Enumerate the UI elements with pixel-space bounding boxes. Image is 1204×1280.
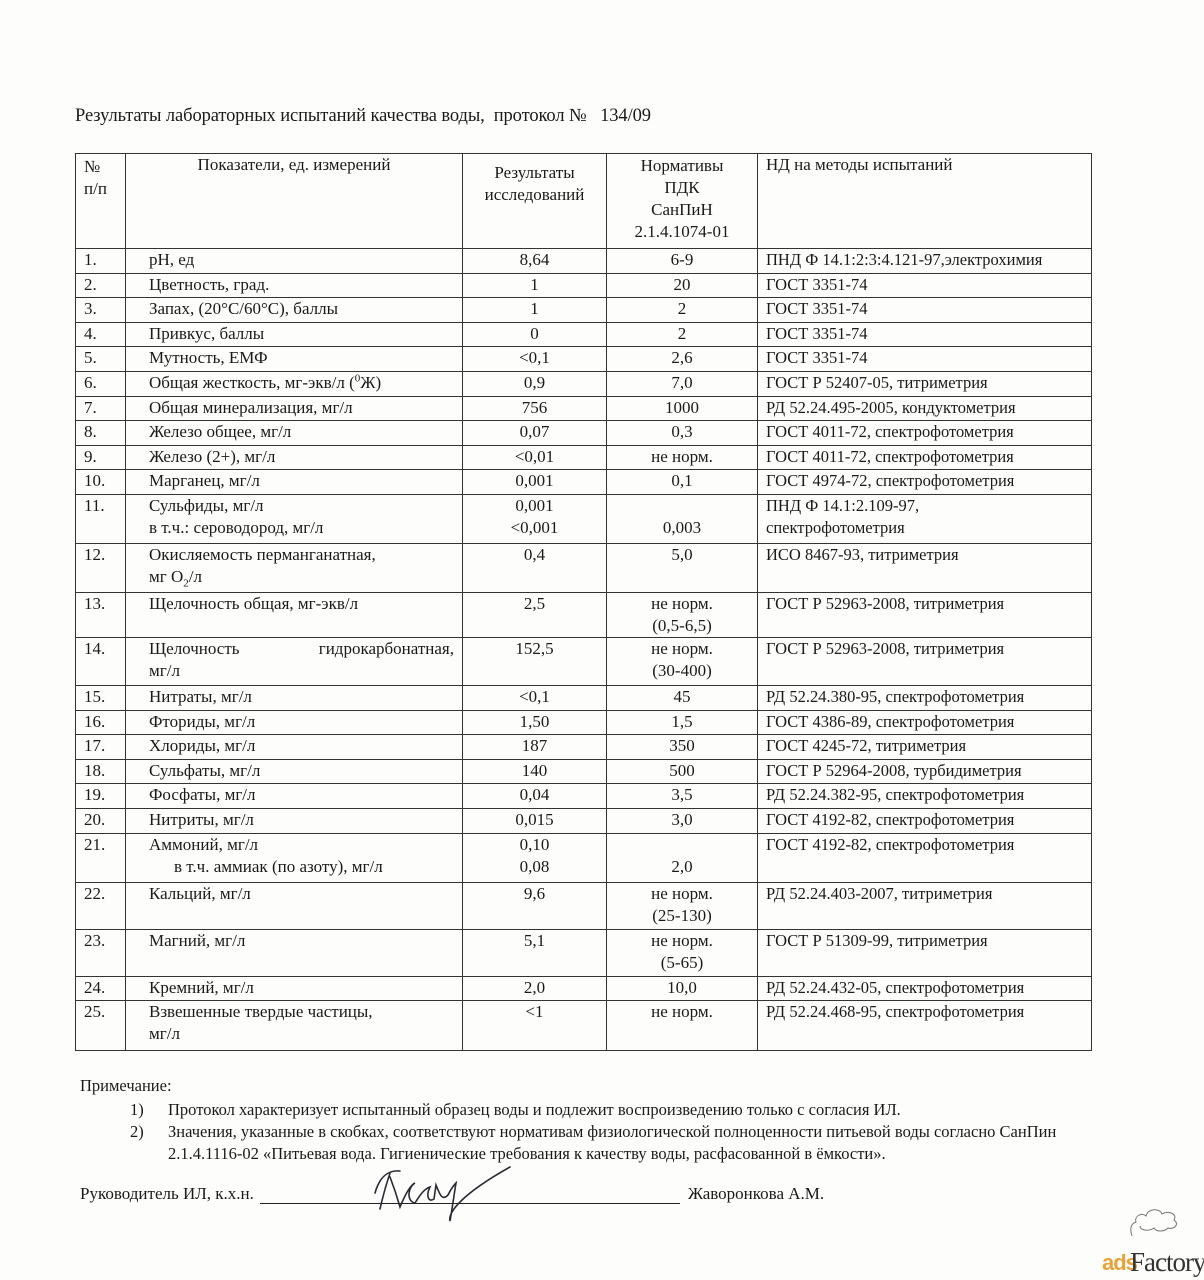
row-number: 4.	[76, 322, 126, 347]
norm-line1: 0,3	[607, 421, 757, 443]
notes-title: Примечание:	[80, 1075, 1128, 1097]
method-line1: ГОСТ 4974-72, спектрофотометрия	[766, 470, 1091, 492]
test-method: ГОСТ 4192-82, спектрофотометрия	[758, 808, 1092, 833]
note-text: Протокол характеризует испытанный образе…	[168, 1099, 1128, 1121]
indicator-name-line1: Аммоний, мг/л	[149, 834, 454, 856]
norm-value: 0,3	[607, 421, 758, 446]
table-row: 19.Фосфаты, мг/л0,043,5РД 52.24.382-95, …	[76, 784, 1092, 809]
test-method: РД 52.24.495-2005, кондуктометрия	[758, 396, 1092, 421]
norm-line1: не норм.	[607, 593, 757, 615]
norm-line2: (25-130)	[607, 905, 757, 927]
norm-line1: 0,1	[607, 470, 757, 492]
result-value: 756	[463, 396, 607, 421]
method-line1: РД 52.24.495-2005, кондуктометрия	[766, 397, 1091, 419]
table-row: 16.Фториды, мг/л1,501,5ГОСТ 4386-89, спе…	[76, 710, 1092, 735]
indicator-name-line1: Железо (2+), мг/л	[149, 446, 454, 468]
table-row: 17.Хлориды, мг/л187350ГОСТ 4245-72, титр…	[76, 735, 1092, 760]
table-row: 13.Щелочность общая, мг-экв/л2,5не норм.…	[76, 592, 1092, 637]
header-norm-line1: Нормативы	[607, 155, 757, 177]
indicator-name: Запах, (20°С/60°С), баллы	[126, 298, 463, 323]
norm-value: 2	[607, 298, 758, 323]
method-line1: ГОСТ 4245-72, титриметрия	[766, 735, 1091, 757]
norm-value: не норм.(25-130)	[607, 882, 758, 929]
method-line1: ГОСТ 3351-74	[766, 347, 1091, 369]
header-norm-line2: ПДК	[607, 177, 757, 199]
norm-value: 10,0	[607, 976, 758, 1001]
test-method: ПНД Ф 14.1:2.109-97,спектрофотометрия	[758, 494, 1092, 543]
note-item: 2) Значения, указанные в скобках, соотве…	[80, 1121, 1128, 1165]
note-item: 1) Протокол характеризует испытанный обр…	[80, 1099, 1128, 1121]
watermark-logo: ads Factory	[1102, 1202, 1202, 1276]
indicator-name-line1: Фосфаты, мг/л	[149, 784, 454, 806]
result-value: 0,4	[463, 543, 607, 592]
indicator-name-text: Мутность, ЕМФ	[149, 348, 268, 367]
header-norm: Нормативы ПДК СанПиН 2.1.4.1074-01	[607, 154, 758, 249]
result-line1: 8,64	[463, 249, 606, 271]
table-row: 8.Железо общее, мг/л0,070,3ГОСТ 4011-72,…	[76, 421, 1092, 446]
result-line1: 0,4	[463, 544, 606, 566]
result-line1: 0,9	[463, 372, 606, 394]
norm-value: 20	[607, 273, 758, 298]
method-line1: РД 52.24.468-95, спектрофотометрия	[766, 1001, 1091, 1023]
indicator-name-line2: в т.ч. аммиак (по азоту), мг/л	[149, 856, 454, 878]
indicator-name: Нитриты, мг/л	[126, 808, 463, 833]
test-method: ПНД Ф 14.1:2:3:4.121-97,электрохимия	[758, 249, 1092, 274]
signature-line	[260, 1183, 680, 1204]
method-line1: РД 52.24.380-95, спектрофотометрия	[766, 686, 1091, 708]
table-header-row: № п/п Показатели, ед. измерений Результа…	[76, 154, 1092, 249]
row-number: 21.	[76, 833, 126, 882]
indicator-name: Привкус, баллы	[126, 322, 463, 347]
table-row: 12.Окисляемость перманганатная,мг О2/л0,…	[76, 543, 1092, 592]
indicator-name-line1: Кремний, мг/л	[149, 977, 454, 999]
indicator-name: Сульфаты, мг/л	[126, 759, 463, 784]
table-row: 24.Кремний, мг/л2,010,0РД 52.24.432-05, …	[76, 976, 1092, 1001]
norm-value: 7,0	[607, 371, 758, 396]
norm-value: 2,0	[607, 833, 758, 882]
row-number: 19.	[76, 784, 126, 809]
result-value: 1,50	[463, 710, 607, 735]
table-row: 7.Общая минерализация, мг/л7561000РД 52.…	[76, 396, 1092, 421]
row-number: 6.	[76, 371, 126, 396]
indicator-name-text: Кремний, мг/л	[149, 978, 254, 997]
result-line1: 5,1	[463, 930, 606, 952]
norm-line1: не норм.	[607, 930, 757, 952]
norm-value: 5,0	[607, 543, 758, 592]
norm-line1: 2	[607, 323, 757, 345]
result-line1: 9,6	[463, 883, 606, 905]
result-value: 187	[463, 735, 607, 760]
test-method: ГОСТ Р 52963-2008, титриметрия	[758, 592, 1092, 637]
indicator-name: Щелочность общая, мг-экв/л	[126, 592, 463, 637]
indicator-name-text: Фториды, мг/л	[149, 712, 255, 731]
indicator-name-line1: Окисляемость перманганатная,	[149, 544, 454, 566]
indicator-name: Окисляемость перманганатная,мг О2/л	[126, 543, 463, 592]
indicator-name: Фосфаты, мг/л	[126, 784, 463, 809]
norm-value: не норм.(30-400)	[607, 637, 758, 685]
norm-line1: 1000	[607, 397, 757, 419]
norm-value: не норм.(5-65)	[607, 929, 758, 976]
norm-line1: 350	[607, 735, 757, 757]
test-method: ГОСТ Р 52964-2008, турбидиметрия	[758, 759, 1092, 784]
indicator-name-text: мг О	[149, 567, 183, 586]
table-row: 6.Общая жесткость, мг-экв/л (0Ж)0,97,0ГО…	[76, 371, 1092, 396]
result-line1: 756	[463, 397, 606, 419]
header-method: НД на методы испытаний	[758, 154, 1092, 249]
result-value: 0,04	[463, 784, 607, 809]
table-row: 15.Нитраты, мг/л<0,145РД 52.24.380-95, с…	[76, 685, 1092, 710]
signature-block: Руководитель ИЛ, к.х.н. Жаворонкова А.М.	[80, 1183, 824, 1204]
indicator-name: Общая жесткость, мг-экв/л (0Ж)	[126, 371, 463, 396]
norm-line1	[607, 495, 757, 517]
test-method: ГОСТ 3351-74	[758, 322, 1092, 347]
results-table: № п/п Показатели, ед. измерений Результа…	[75, 153, 1092, 1051]
norm-line1: не норм.	[607, 883, 757, 905]
indicator-name-tail: /л	[189, 567, 202, 586]
indicator-name-line1: Нитриты, мг/л	[149, 809, 454, 831]
method-line1: РД 52.24.382-95, спектрофотометрия	[766, 784, 1091, 806]
result-value: 2,5	[463, 592, 607, 637]
result-line1: 152,5	[463, 638, 606, 660]
indicator-name-text: в т.ч. аммиак (по азоту), мг/л	[174, 857, 383, 876]
method-line2: спектрофотометрия	[766, 517, 1091, 539]
indicator-name: pH, ед	[126, 249, 463, 274]
indicator-name-text: Взвешенные твердые частицы,	[149, 1002, 373, 1021]
indicator-name-text: Марганец, мг/л	[149, 471, 260, 490]
note-text: Значения, указанные в скобках, соответст…	[168, 1121, 1128, 1165]
indicator-name: Фториды, мг/л	[126, 710, 463, 735]
result-line2: 0,08	[463, 856, 606, 878]
indicator-name-line1: Мутность, ЕМФ	[149, 347, 454, 369]
result-line1: <0,1	[463, 686, 606, 708]
row-number: 15.	[76, 685, 126, 710]
header-result-line2: исследований	[463, 184, 606, 206]
indicator-name: Кремний, мг/л	[126, 976, 463, 1001]
note-number: 2)	[130, 1121, 168, 1165]
result-value: 140	[463, 759, 607, 784]
norm-line1: 6-9	[607, 249, 757, 271]
indicator-name: Мутность, ЕМФ	[126, 347, 463, 372]
header-number-line2: п/п	[84, 178, 125, 200]
norm-value: 3,0	[607, 808, 758, 833]
norm-value: 350	[607, 735, 758, 760]
norm-value: 0,003	[607, 494, 758, 543]
norm-value: 0,1	[607, 470, 758, 495]
norm-line1: 2	[607, 298, 757, 320]
norm-line1: 500	[607, 760, 757, 782]
header-number: № п/п	[76, 154, 126, 249]
method-line1: ПНД Ф 14.1:2:3:4.121-97,электрохимия	[766, 249, 1091, 271]
norm-line1: 3,5	[607, 784, 757, 806]
indicator-name-text: Нитриты, мг/л	[149, 810, 254, 829]
table-row: 14.Щелочностьгидрокарбонатная,мг/л152,5н…	[76, 637, 1092, 685]
row-number: 10.	[76, 470, 126, 495]
test-method: ГОСТ 4011-72, спектрофотометрия	[758, 421, 1092, 446]
norm-line1: не норм.	[607, 638, 757, 660]
row-number: 18.	[76, 759, 126, 784]
row-number: 1.	[76, 249, 126, 274]
row-number: 20.	[76, 808, 126, 833]
handwritten-signature-icon	[360, 1165, 550, 1225]
result-line1: 1	[463, 274, 606, 296]
norm-value: 2,6	[607, 347, 758, 372]
header-indicator: Показатели, ед. измерений	[126, 154, 463, 249]
method-line1: РД 52.24.432-05, спектрофотометрия	[766, 977, 1091, 999]
result-value: 0,001<0,001	[463, 494, 607, 543]
norm-line2: 2,0	[607, 856, 757, 878]
norm-value: 1,5	[607, 710, 758, 735]
table-row: 22.Кальций, мг/л9,6не норм.(25-130)РД 52…	[76, 882, 1092, 929]
test-method: РД 52.24.382-95, спектрофотометрия	[758, 784, 1092, 809]
test-method: ГОСТ Р 51309-99, титриметрия	[758, 929, 1092, 976]
indicator-name-text: мг/л	[149, 1024, 180, 1043]
result-value: <0,01	[463, 445, 607, 470]
row-number: 14.	[76, 637, 126, 685]
result-line1: 2,0	[463, 977, 606, 999]
indicator-name-text: Привкус, баллы	[149, 324, 264, 343]
indicator-name-line1: Кальций, мг/л	[149, 883, 454, 905]
table-row: 11.Сульфиды, мг/лв т.ч.: сероводород, мг…	[76, 494, 1092, 543]
norm-line2: (0,5-6,5)	[607, 615, 757, 637]
result-line1: 0,015	[463, 809, 606, 831]
test-method: ГОСТ 4974-72, спектрофотометрия	[758, 470, 1092, 495]
header-number-line1: №	[84, 156, 125, 178]
smoke-cloud-icon	[1124, 1202, 1184, 1238]
watermark-factory: Factory	[1130, 1247, 1204, 1278]
table-body: 1.pH, ед8,646-9ПНД Ф 14.1:2:3:4.121-97,э…	[76, 249, 1092, 1051]
result-line2: <0,001	[463, 517, 606, 539]
result-value: 1	[463, 298, 607, 323]
method-line1: ГОСТ 4192-82, спектрофотометрия	[766, 809, 1091, 831]
norm-value: 45	[607, 685, 758, 710]
result-line1: 0,10	[463, 834, 606, 856]
result-line1: <1	[463, 1001, 606, 1023]
header-norm-line3: СанПиН	[607, 199, 757, 221]
norm-line1: не норм.	[607, 446, 757, 468]
row-number: 2.	[76, 273, 126, 298]
note-number: 1)	[130, 1099, 168, 1121]
indicator-name-word: гидрокарбонатная,	[319, 638, 454, 660]
test-method: РД 52.24.468-95, спектрофотометрия	[758, 1001, 1092, 1051]
row-number: 16.	[76, 710, 126, 735]
norm-value: 3,5	[607, 784, 758, 809]
header-result-line1: Результаты	[463, 162, 606, 184]
indicator-name-text: Кальций, мг/л	[149, 884, 251, 903]
indicator-name: Сульфиды, мг/лв т.ч.: сероводород, мг/л	[126, 494, 463, 543]
result-value: 8,64	[463, 249, 607, 274]
norm-line1: 7,0	[607, 372, 757, 394]
norm-line1: 10,0	[607, 977, 757, 999]
method-line1: ГОСТ 3351-74	[766, 274, 1091, 296]
norm-line1	[607, 834, 757, 856]
indicator-name-line1: Привкус, баллы	[149, 323, 454, 345]
method-line1: ГОСТ 3351-74	[766, 323, 1091, 345]
indicator-name-text: Аммоний, мг/л	[149, 835, 258, 854]
indicator-name-text: Сульфаты, мг/л	[149, 761, 260, 780]
indicator-name-text: Нитраты, мг/л	[149, 687, 252, 706]
norm-line1: не норм.	[607, 1001, 757, 1023]
indicator-name-text: Окисляемость перманганатная,	[149, 545, 376, 564]
result-line1: <0,1	[463, 347, 606, 369]
indicator-name-text: мг/л	[149, 661, 180, 680]
result-line1: 140	[463, 760, 606, 782]
row-number: 9.	[76, 445, 126, 470]
norm-value: 1000	[607, 396, 758, 421]
test-method: ГОСТ 4245-72, титриметрия	[758, 735, 1092, 760]
indicator-name-tail: Ж)	[360, 373, 381, 392]
method-line1: ГОСТ 4011-72, спектрофотометрия	[766, 446, 1091, 468]
indicator-name: Нитраты, мг/л	[126, 685, 463, 710]
document-title: Результаты лабораторных испытаний качест…	[75, 106, 651, 127]
indicator-name-text: Магний, мг/л	[149, 931, 245, 950]
result-value: 0,015	[463, 808, 607, 833]
table-row: 23.Магний, мг/л5,1не норм.(5-65)ГОСТ Р 5…	[76, 929, 1092, 976]
header-norm-line4: 2.1.4.1074-01	[607, 221, 757, 243]
indicator-name-line1: pH, ед	[149, 249, 454, 271]
norm-line1: 3,0	[607, 809, 757, 831]
indicator-name-line1: Фториды, мг/л	[149, 711, 454, 733]
row-number: 5.	[76, 347, 126, 372]
result-value: 0,9	[463, 371, 607, 396]
norm-value: не норм.	[607, 445, 758, 470]
test-method: ГОСТ 4386-89, спектрофотометрия	[758, 710, 1092, 735]
indicator-name-text: Общая жесткость, мг-экв/л (	[149, 373, 355, 392]
test-method: ГОСТ 3351-74	[758, 298, 1092, 323]
method-line1: РД 52.24.403-2007, титриметрия	[766, 883, 1091, 905]
method-line1: ИСО 8467-93, титриметрия	[766, 544, 1091, 566]
table-row: 3.Запах, (20°С/60°С), баллы12ГОСТ 3351-7…	[76, 298, 1092, 323]
norm-line1: 20	[607, 274, 757, 296]
indicator-name-line1: Хлориды, мг/л	[149, 735, 454, 757]
method-line1: ГОСТ Р 52964-2008, турбидиметрия	[766, 760, 1091, 782]
indicator-name-line2: мг О2/л	[149, 566, 454, 588]
signer-role: Руководитель ИЛ, к.х.н.	[80, 1184, 254, 1204]
result-line1: 0,001	[463, 470, 606, 492]
result-value: <1	[463, 1001, 607, 1051]
row-number: 8.	[76, 421, 126, 446]
indicator-name-line1: Железо общее, мг/л	[149, 421, 454, 443]
indicator-name-line1: Взвешенные твердые частицы,	[149, 1001, 454, 1023]
norm-value: 500	[607, 759, 758, 784]
norm-value: не норм.(0,5-6,5)	[607, 592, 758, 637]
test-method: ГОСТ 3351-74	[758, 273, 1092, 298]
table-row: 18.Сульфаты, мг/л140500ГОСТ Р 52964-2008…	[76, 759, 1092, 784]
indicator-name: Щелочностьгидрокарбонатная,мг/л	[126, 637, 463, 685]
result-line1: 1,50	[463, 711, 606, 733]
indicator-name-line1: Магний, мг/л	[149, 930, 454, 952]
header-result: Результаты исследований	[463, 154, 607, 249]
test-method: РД 52.24.380-95, спектрофотометрия	[758, 685, 1092, 710]
indicator-name-text: Запах, (20°С/60°С), баллы	[149, 299, 338, 318]
indicator-name-line2: мг/л	[149, 1023, 454, 1045]
result-value: 152,5	[463, 637, 607, 685]
indicator-name: Хлориды, мг/л	[126, 735, 463, 760]
norm-line1: 45	[607, 686, 757, 708]
test-method: ГОСТ 3351-74	[758, 347, 1092, 372]
table-row: 25.Взвешенные твердые частицы,мг/л<1не н…	[76, 1001, 1092, 1051]
row-number: 17.	[76, 735, 126, 760]
test-method: ГОСТ Р 52963-2008, титриметрия	[758, 637, 1092, 685]
test-method: ГОСТ 4192-82, спектрофотометрия	[758, 833, 1092, 882]
row-number: 25.	[76, 1001, 126, 1051]
indicator-name: Марганец, мг/л	[126, 470, 463, 495]
indicator-name-text: Общая минерализация, мг/л	[149, 398, 353, 417]
result-line1: 187	[463, 735, 606, 757]
signer-name: Жаворонкова А.М.	[688, 1184, 824, 1204]
norm-line1: 5,0	[607, 544, 757, 566]
norm-line1: 2,6	[607, 347, 757, 369]
method-line1: ГОСТ Р 52407-05, титриметрия	[766, 372, 1091, 394]
result-line1: 2,5	[463, 593, 606, 615]
row-number: 12.	[76, 543, 126, 592]
indicator-name-line1: Щелочность общая, мг-экв/л	[149, 593, 454, 615]
result-line1: 0	[463, 323, 606, 345]
result-line1: 1	[463, 298, 606, 320]
test-method: ГОСТ 4011-72, спектрофотометрия	[758, 445, 1092, 470]
method-line1: ГОСТ Р 51309-99, титриметрия	[766, 930, 1091, 952]
result-line1: 0,04	[463, 784, 606, 806]
table-row: 5.Мутность, ЕМФ<0,12,6ГОСТ 3351-74	[76, 347, 1092, 372]
indicator-name-text: в т.ч.: сероводород, мг/л	[149, 518, 323, 537]
method-line1: ГОСТ Р 52963-2008, титриметрия	[766, 593, 1091, 615]
result-value: 5,1	[463, 929, 607, 976]
table-row: 9.Железо (2+), мг/л<0,01не норм.ГОСТ 401…	[76, 445, 1092, 470]
result-value: <0,1	[463, 347, 607, 372]
indicator-name: Магний, мг/л	[126, 929, 463, 976]
table-row: 2.Цветность, град.120ГОСТ 3351-74	[76, 273, 1092, 298]
table-row: 20.Нитриты, мг/л0,0153,0ГОСТ 4192-82, сп…	[76, 808, 1092, 833]
table-row: 1.pH, ед8,646-9ПНД Ф 14.1:2:3:4.121-97,э…	[76, 249, 1092, 274]
indicator-name-line1: Запах, (20°С/60°С), баллы	[149, 298, 454, 320]
indicator-name: Кальций, мг/л	[126, 882, 463, 929]
result-value: 0,001	[463, 470, 607, 495]
norm-line2: 0,003	[607, 517, 757, 539]
indicator-name-line1: Общая жесткость, мг-экв/л (0Ж)	[149, 372, 454, 394]
indicator-name-line2: в т.ч.: сероводород, мг/л	[149, 517, 454, 539]
indicator-name-text: Железо общее, мг/л	[149, 422, 291, 441]
test-method: ИСО 8467-93, титриметрия	[758, 543, 1092, 592]
indicator-name-line1: Марганец, мг/л	[149, 470, 454, 492]
norm-value: 2	[607, 322, 758, 347]
indicator-name: Цветность, град.	[126, 273, 463, 298]
row-number: 23.	[76, 929, 126, 976]
indicator-name-text: Сульфиды, мг/л	[149, 496, 264, 515]
test-method: РД 52.24.403-2007, титриметрия	[758, 882, 1092, 929]
indicator-name: Железо (2+), мг/л	[126, 445, 463, 470]
indicator-name-line2: мг/л	[149, 660, 454, 682]
method-line1: ГОСТ 4386-89, спектрофотометрия	[766, 711, 1091, 733]
result-value: 2,0	[463, 976, 607, 1001]
row-number: 24.	[76, 976, 126, 1001]
indicator-name-text: Железо (2+), мг/л	[149, 447, 275, 466]
test-method: РД 52.24.432-05, спектрофотометрия	[758, 976, 1092, 1001]
method-line1: ГОСТ 4011-72, спектрофотометрия	[766, 421, 1091, 443]
indicator-name-text: Цветность, град.	[149, 275, 269, 294]
result-value: 1	[463, 273, 607, 298]
norm-line1: 1,5	[607, 711, 757, 733]
method-line1: ГОСТ Р 52963-2008, титриметрия	[766, 638, 1091, 660]
method-line1: ГОСТ 3351-74	[766, 298, 1091, 320]
method-line1: ГОСТ 4192-82, спектрофотометрия	[766, 834, 1091, 856]
result-line1: <0,01	[463, 446, 606, 468]
indicator-name: Железо общее, мг/л	[126, 421, 463, 446]
notes-section: Примечание: 1) Протокол характеризует ис…	[80, 1075, 1128, 1165]
table-row: 4.Привкус, баллы02ГОСТ 3351-74	[76, 322, 1092, 347]
row-number: 11.	[76, 494, 126, 543]
row-number: 22.	[76, 882, 126, 929]
result-value: 0,100,08	[463, 833, 607, 882]
test-method: ГОСТ Р 52407-05, титриметрия	[758, 371, 1092, 396]
